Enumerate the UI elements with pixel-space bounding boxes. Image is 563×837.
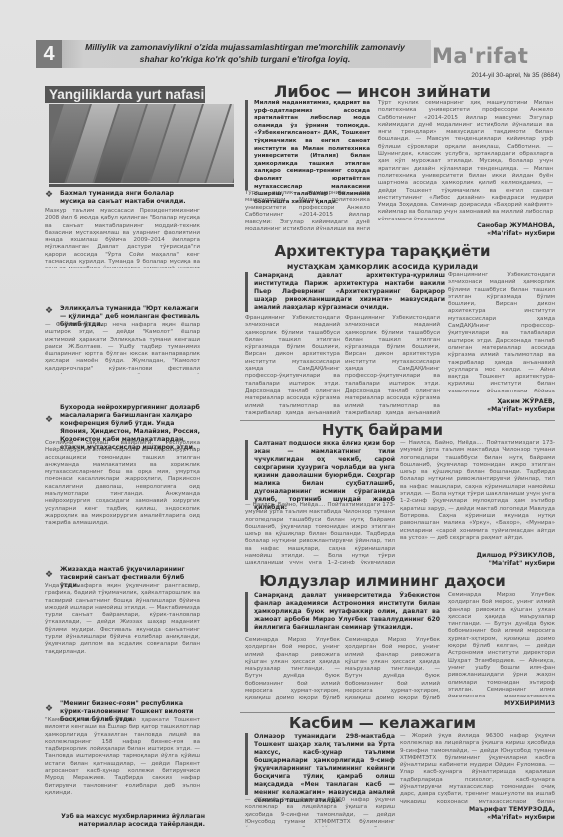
- article-body-continued: Тўрт кунлик семинарнинг ҳиқ машғулотини …: [378, 100, 553, 220]
- newspaper-brand: Ma'rifat: [432, 44, 528, 68]
- ornament-icon: ❖: [45, 415, 53, 425]
- issue-date-line: 2014-yil 30-aprel, № 35 (8684): [400, 72, 560, 79]
- article-body-col2: — Наилса, Байно, Ниёда.... Пойтахтимизда…: [400, 440, 555, 552]
- article-author: Маърифат ТЕМУРЗОДА, «Ma'rifat» мухбири: [400, 806, 555, 822]
- article-body: — Наилса, Байно, Ниёда.... Пойтахтимизда…: [245, 502, 395, 564]
- article-title: Юлдузлар илмининг даҳоси: [210, 572, 555, 590]
- article-body-col3: Семинарда Мирзо Улуғбек ҳолдирган бой ме…: [448, 592, 555, 697]
- news-body: "Камолот" ёшлар ижтимоий ҳаракати Тошкен…: [45, 717, 200, 809]
- ornament-icon: ❖: [45, 190, 53, 200]
- newspaper-page: 4 Milliylik va zamonaviylikni o'zida muj…: [0, 0, 563, 837]
- slogan-line-1: Milliylik va zamonaviylikni o'zida mujas…: [70, 41, 420, 53]
- portrait-collage-image: [49, 104, 234, 183]
- article-title: Касбим — келажагим: [210, 714, 555, 732]
- article-lead: Миллий маданиятимиз, қадрият ва урф-одат…: [245, 100, 370, 190]
- article-body: Семинарда Мирзо Улуғбек ҳолдирган бой ме…: [245, 637, 340, 701]
- article-author: Санобар ЖУМАНОВА, «Ma'rifat» мухбири: [400, 222, 555, 238]
- article-body: Франциянинг Ўзбекистондаги элчихонаси ма…: [245, 315, 340, 415]
- section-title: Yangiliklarda yurt nafasi: [45, 86, 205, 103]
- news-body: Соғлиқни сақлаш вазирлиги, Республика Не…: [45, 440, 200, 550]
- article-lead: Салтанат подшоси якка ёлғиз қизи бор эка…: [245, 440, 395, 500]
- ornament-icon: ❖: [45, 704, 53, 714]
- article-title: Нутқ байрами: [210, 421, 555, 439]
- news-headline: Бахмал туманида янги болалар мусиқа ва с…: [60, 190, 200, 206]
- page-number: 4: [36, 40, 62, 68]
- article-subtitle: мустаҳкам ҳамкорлик асосида қурилади: [210, 262, 555, 271]
- article-body-col3: Франциянинг Ўзбекистондаги элчихонаси ма…: [448, 272, 555, 392]
- article-lead: Олмазор туманидаги 298-мактабда Тошкент …: [245, 733, 395, 795]
- article-body-col2: Франциянинг Ўзбекистондаги элчихонаси ма…: [345, 315, 440, 415]
- article-body-col2: Семинарда Мирзо Улуғбек ҳолдирган бой ме…: [345, 637, 440, 701]
- article-body: Тўрт кунлик семинарнинг ҳиқ машғулотини …: [245, 190, 370, 230]
- divider: [240, 712, 555, 713]
- news-body: Унда юз нафарга яқин ўқувчининг ранггасв…: [45, 583, 200, 695]
- header-slogan: Milliylik va zamonaviylikni o'zida mujas…: [70, 41, 420, 65]
- article-lead: Самарқанд давлат университетида Ўзбекист…: [245, 592, 440, 632]
- article-author: Дилшод РЎЗИКУЛОВ, "Ma'rifat" мухбири: [400, 552, 555, 568]
- article-body: — Жорий ўқув йилида 96300 нафар ўқувчи к…: [245, 797, 395, 827]
- ornament-icon: ❖: [45, 306, 53, 316]
- article-body-col2: — Жорий ўқув йилида 96300 нафар ўқувчи к…: [400, 733, 555, 803]
- article-author: Ҳаким ЖЎРАЕВ, «Ma'rifat» мухбири: [440, 398, 555, 414]
- news-body: — Фестивалда бир неча нафарга яқин ёшлар…: [45, 322, 200, 374]
- article-author: МУХБИРИМИЗ: [440, 700, 555, 708]
- article-title: Архитектура тараққиёти: [210, 242, 555, 260]
- left-column-signoff: Узб ва махсус мухбирларимиз йўллаган мат…: [45, 813, 205, 829]
- ornament-icon: ❖: [45, 570, 53, 580]
- slogan-line-2: shahar ko'rkiga ko'rk qo'shib turgani e'…: [70, 53, 420, 65]
- article-title: Либос — инсон зийнати: [210, 82, 555, 101]
- article-lead: Самарқанд давлат архитектура-қурилиш инс…: [245, 272, 445, 312]
- news-body: Мазкур таълим муассасаси Президентимизни…: [45, 208, 200, 268]
- photo-bottom-border: [49, 184, 234, 187]
